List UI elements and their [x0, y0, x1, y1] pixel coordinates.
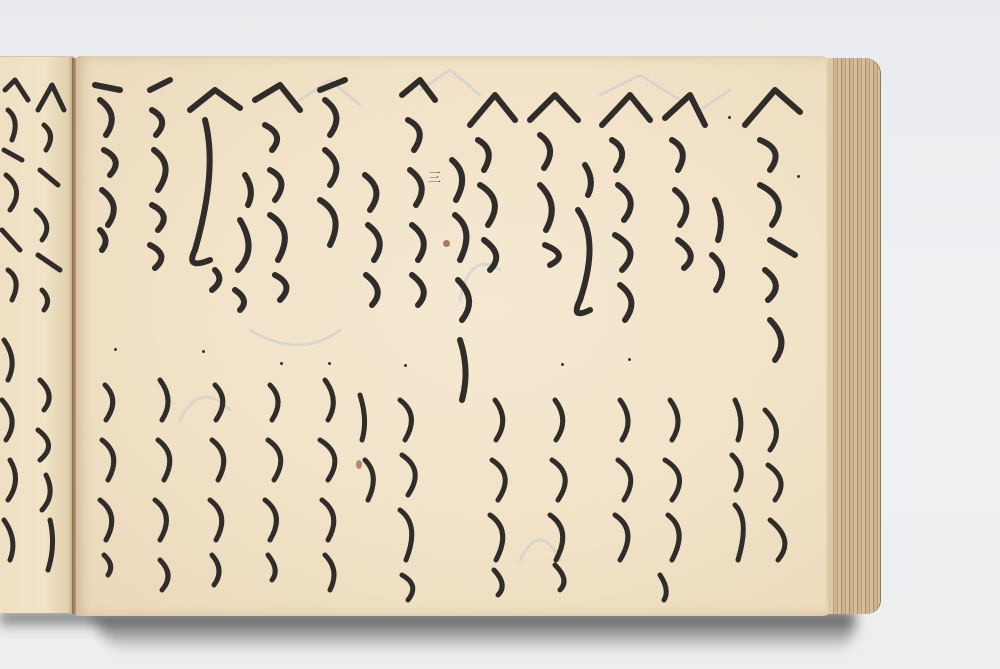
column-dot	[404, 364, 407, 367]
left-page-script	[2, 80, 64, 570]
column-dot	[280, 362, 283, 365]
photo-scene: 三	[0, 0, 1000, 669]
column-dot	[328, 362, 331, 365]
marginal-numeral: 三	[428, 172, 441, 185]
column-dot	[561, 363, 564, 366]
column-dot	[628, 358, 631, 361]
ink-stain	[443, 240, 450, 247]
column-dot	[797, 175, 800, 178]
handwritten-columns	[0, 0, 1000, 669]
column-dot	[114, 348, 117, 351]
column-dot	[202, 350, 205, 353]
lower-register-script	[100, 380, 785, 600]
ink-stain	[356, 460, 362, 469]
column-dot	[728, 116, 731, 119]
